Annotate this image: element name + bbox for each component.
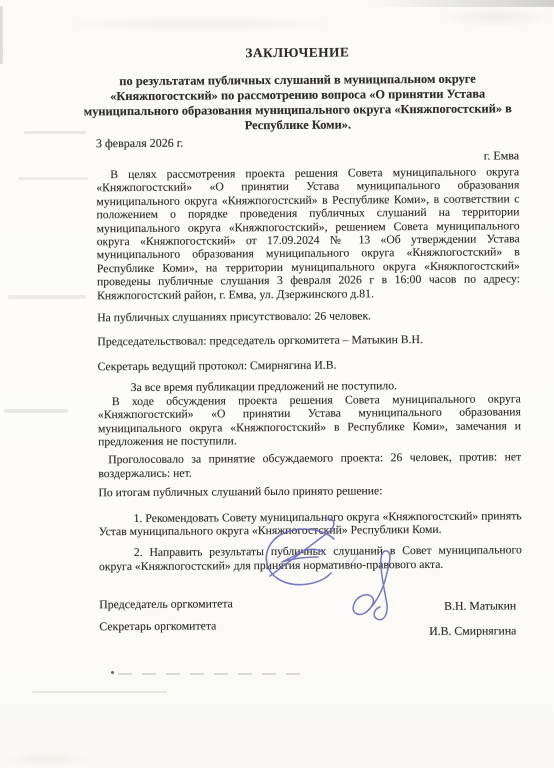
- paragraph-discussion: В ходе обсуждения проекта решения Совета…: [98, 392, 521, 449]
- subtitle-line: муниципального образования муниципальног…: [69, 101, 527, 119]
- paragraph-decision-1: 1. Рекомендовать Совету муниципального о…: [99, 509, 522, 539]
- paragraph-secretary: Секретарь ведущий протокол: Смирнягина И…: [98, 357, 521, 373]
- document-content: ЗАКЛЮЧЕНИЕ по результатам публичных слуш…: [0, 0, 554, 634]
- signature-name-secretary: И.В. Смирнягина: [429, 623, 522, 638]
- signature-name-chairman: В.Н. Матыкин: [444, 598, 522, 613]
- scanned-document-page: ЗАКЛЮЧЕНИЕ по результатам публичных слуш…: [0, 0, 554, 768]
- signature-row-secretary: Секретарь оргкомитета И.В. Смирнягина: [99, 616, 522, 633]
- document-title: ЗАКЛЮЧЕНИЕ: [68, 43, 526, 62]
- paragraph-purpose: В целях рассмотрения проекта решения Сов…: [96, 165, 520, 302]
- paragraph-outcome: По итогам публичных слушаний было принят…: [98, 483, 521, 499]
- subtitle-line: Республике Коми».: [69, 116, 527, 134]
- signature-role-secretary: Секретарь оргкомитета: [99, 619, 216, 634]
- scan-artifact-streak: [118, 673, 303, 675]
- paragraph-chairman: Председательствовал: председатель оргком…: [97, 333, 520, 349]
- signature-block: Председатель оргкомитета В.Н. Матыкин Се…: [99, 594, 522, 633]
- document-place: г. Емва: [96, 149, 519, 165]
- signature-row-chairman: Председатель оргкомитета В.Н. Матыкин: [99, 594, 522, 611]
- scan-artifact-streak: [32, 691, 167, 693]
- paragraph-vote-result: Проголосовало за принятие обсуждаемого п…: [98, 451, 521, 481]
- paragraph-decision-2: 2. Направить результаты публичных слушан…: [99, 544, 522, 574]
- scan-artifact-bottomleft: [0, 750, 95, 768]
- scan-artifact-dot: [111, 671, 114, 674]
- signature-role-chairman: Председатель оргкомитета: [99, 596, 233, 611]
- document-subtitle: по результатам публичных слушаний в муни…: [69, 71, 527, 134]
- paragraph-attendance: На публичных слушаниях присутствовало: 2…: [97, 308, 520, 324]
